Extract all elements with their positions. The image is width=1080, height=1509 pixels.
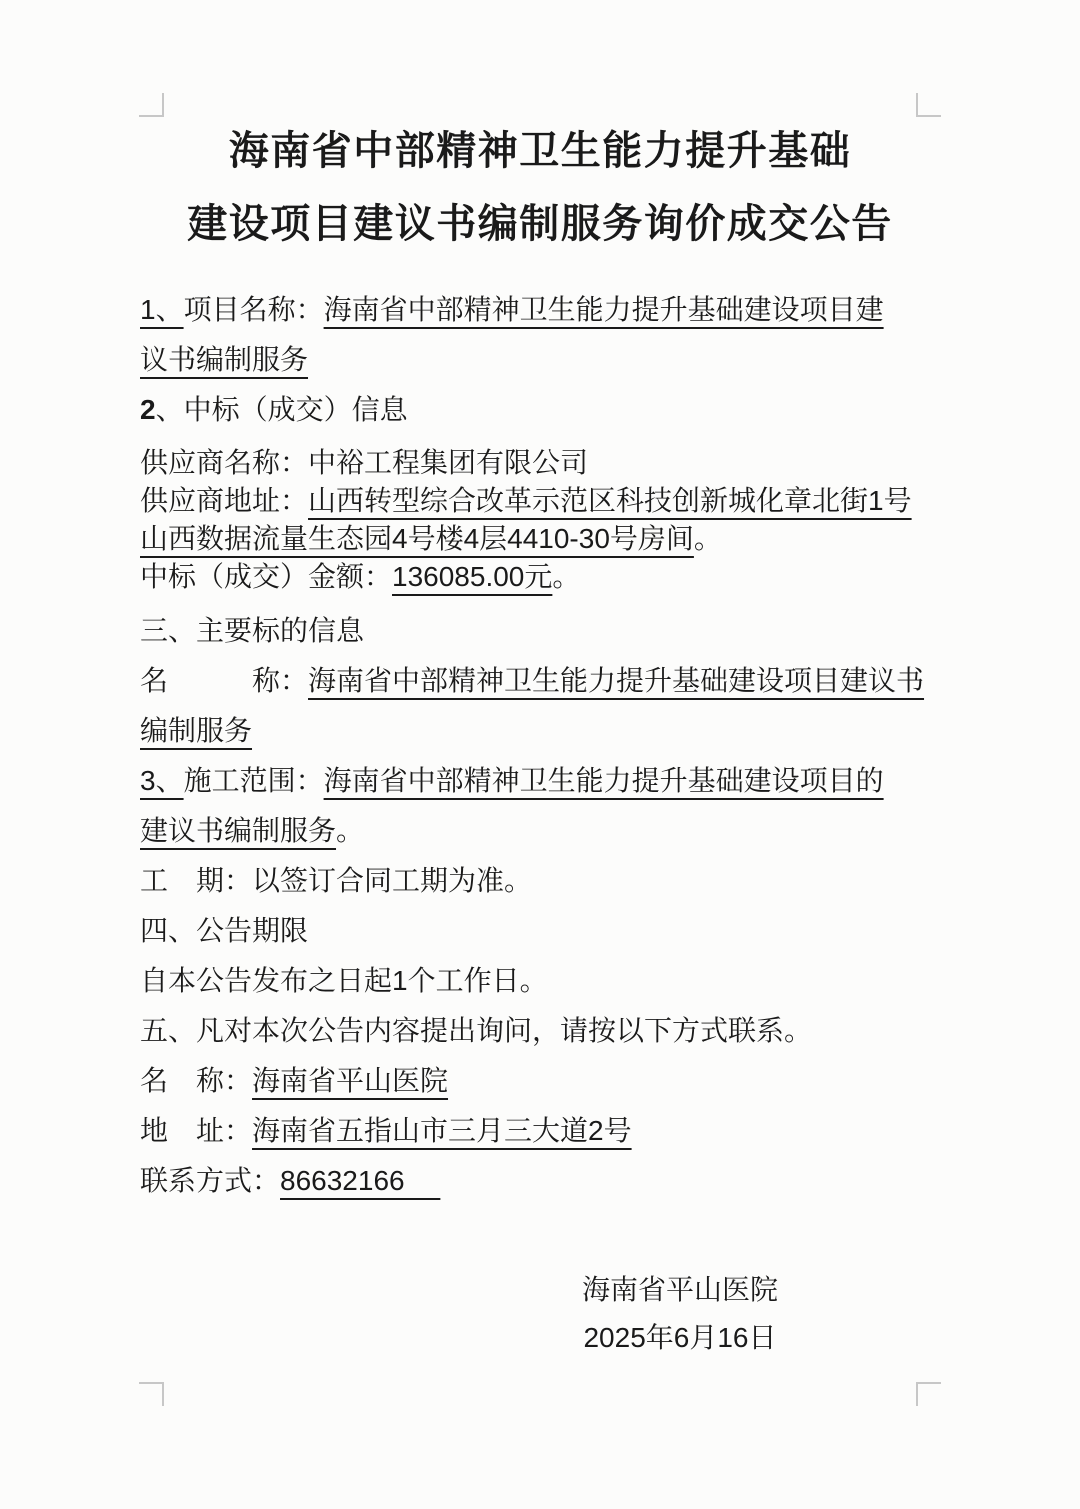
corner-mark-top-right-icon [916,93,941,117]
corner-mark-top-left-icon [139,93,164,117]
document-body: 1、项目名称：海南省中部精神卫生能力提升基础建设项目建 议书编制服务2、中标（成… [140,285,972,1206]
document-title: 海南省中部精神卫生能力提升基础 建设项目建议书编制服务询价成交公告 [0,0,1080,245]
document-page: 海南省中部精神卫生能力提升基础 建设项目建议书编制服务询价成交公告 1、项目名称… [0,0,1080,1509]
text-segment: 五、凡对本次公告内容提出询问，请按以下方式联系。 [140,1015,812,1046]
underlined-text: 86632166 [280,1165,440,1196]
title-line-2: 建设项目建议书编制服务询价成交公告 [0,203,1080,245]
text-segment: 项目名称： [184,294,324,325]
text-segment: 、中标（成交）信息 [156,394,408,425]
para-project-name: 1、项目名称：海南省中部精神卫生能力提升基础建设项目建 议书编制服务 [140,285,972,385]
text-segment: 施工范围： [184,765,324,796]
text-segment: 。 [336,815,364,846]
text-segment: 名 称： [140,1065,252,1096]
para-notice-period: 自本公告发布之日起1个工作日。 [140,956,972,1006]
para-contact-address: 地 址：海南省五指山市三月三大道2号 [140,1106,972,1156]
underlined-text: 海南省平山医院 [252,1065,448,1096]
underlined-text: 3、 [140,765,184,796]
text-segment: 。 [552,561,580,592]
signature-organization: 海南省平山医院 [540,1266,820,1314]
para-contact-name: 名 称：海南省平山医院 [140,1056,972,1106]
para-notice-period-heading: 四、公告期限 [140,906,972,956]
text-segment: 名 称： [140,665,308,696]
corner-mark-bottom-right-icon [916,1382,941,1406]
text-segment: 联系方式： [140,1165,280,1196]
para-subject-name: 名 称：海南省中部精神卫生能力提升基础建设项目建议书 编制服务 [140,656,972,756]
underlined-text: 1、 [140,294,184,325]
text-segment: 自本公告发布之日起1个工作日。 [140,965,548,996]
para-duration: 工 期：以签订合同工期为准。 [140,856,972,906]
title-line-1: 海南省中部精神卫生能力提升基础 [0,130,1080,172]
text-segment: 地 址： [140,1115,252,1146]
para-supplier-info: 供应商名称：中裕工程集团有限公司 供应商地址：山西转型综合改革示范区科技创新城化… [140,444,972,596]
text-segment: 2 [140,394,156,425]
para-award-info-heading: 2、中标（成交）信息 [140,385,972,435]
document-footer: 海南省平山医院 2025年6月16日 [540,1266,820,1362]
text-segment: 工 期：以签订合同工期为准。 [140,865,532,896]
signature-date: 2025年6月16日 [540,1314,820,1362]
para-contact-phone: 联系方式：86632166 [140,1156,972,1206]
para-inquiry-note: 五、凡对本次公告内容提出询问，请按以下方式联系。 [140,1006,972,1056]
underlined-text: 海南省五指山市三月三大道2号 [252,1115,632,1146]
underlined-text: 136085.00元 [392,561,552,592]
text-segment: 三、主要标的信息 [140,615,364,646]
para-construction-scope: 3、施工范围：海南省中部精神卫生能力提升基础建设项目的 建议书编制服务。 [140,756,972,856]
para-subject-heading: 三、主要标的信息 [140,606,972,656]
text-segment: 四、公告期限 [140,915,308,946]
corner-mark-bottom-left-icon [139,1382,164,1406]
